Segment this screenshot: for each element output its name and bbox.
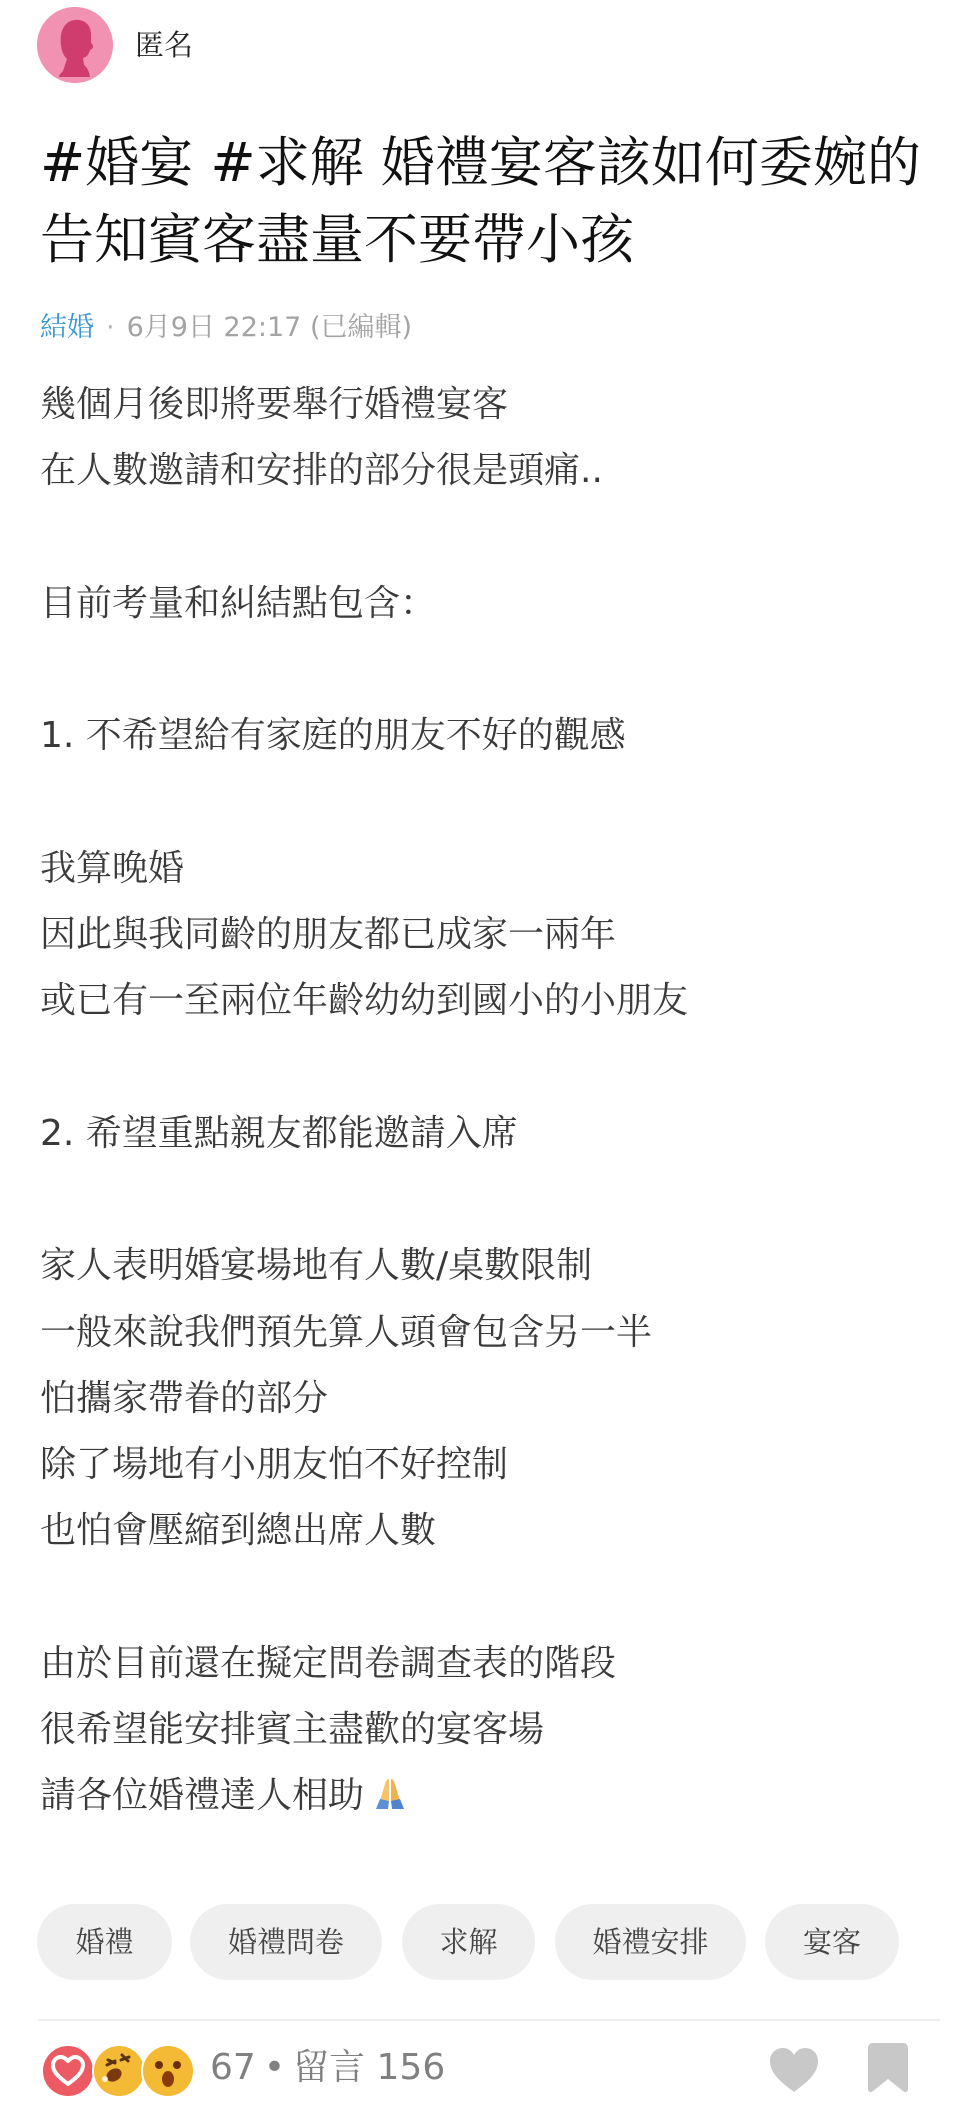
like-button[interactable] [768,2046,820,2094]
tag-chip[interactable]: 婚禮安排 [555,1904,746,1980]
body-line: 由於目前還在擬定問卷調查表的階段 [40,1631,940,1697]
footer-stats: 67•留言 156 [210,2046,445,2090]
footer-divider [38,2019,940,2021]
female-silhouette-icon [37,7,113,83]
meta-separator: · [106,312,115,343]
body-line: 2. 希望重點親友都能邀請入席 [40,1101,940,1167]
body-line-blank [40,770,940,836]
reaction-count[interactable]: 67 [210,2047,256,2088]
body-line: 怕攜家帶眷的部分 [40,1366,940,1432]
post-title-line: 告知賓客盡量不要帶小孩 [40,201,940,278]
tag-chip[interactable]: 婚禮 [37,1904,172,1980]
body-line-blank [40,1167,940,1233]
heart-reaction-icon[interactable] [41,2044,95,2098]
comments-label: 留言 [293,2047,365,2088]
body-line-text: 請各位婚禮達人相助 [40,1775,364,1816]
body-line: 很希望能安排賓主盡歡的宴客場 [40,1697,940,1763]
post-timestamp: 6月9日 22:17 [127,312,302,343]
tag-chip[interactable]: 婚禮問卷 [190,1904,382,1980]
body-line-blank [40,1565,940,1631]
post-title-line: #婚宴 #求解 婚禮宴客該如何委婉的 [40,124,940,201]
laugh-reaction-icon[interactable] [92,2044,146,2098]
edited-label: (已編輯) [310,312,412,343]
folded-hands-icon [372,1767,408,1833]
body-line: 因此與我同齡的朋友都已成家一兩年 [40,902,940,968]
body-line: 除了場地有小朋友怕不好控制 [40,1432,940,1498]
post-title: #婚宴 #求解 婚禮宴客該如何委婉的 告知賓客盡量不要帶小孩 [40,124,940,278]
body-line-blank [40,505,940,571]
heart-icon [768,2046,820,2094]
body-line-last: 請各位婚禮達人相助 [40,1763,940,1829]
post-body: 幾個月後即將要舉行婚禮宴客 在人數邀請和安排的部分很是頭痛.. 目前考量和糾結點… [40,372,940,1830]
body-line: 家人表明婚宴場地有人數/桌數限制 [40,1233,940,1299]
comment-count[interactable]: 156 [377,2047,446,2088]
body-line: 幾個月後即將要舉行婚禮宴客 [40,372,940,438]
bookmark-icon [867,2043,909,2093]
body-line-blank [40,637,940,703]
body-line: 一般來說我們預先算人頭會包含另一半 [40,1300,940,1366]
body-line: 我算晚婚 [40,836,940,902]
stats-dot: • [264,2047,285,2088]
bookmark-button[interactable] [867,2043,909,2093]
body-line: 也怕會壓縮到總出席人數 [40,1498,940,1564]
author-avatar[interactable] [37,7,113,83]
body-line: 在人數邀請和安排的部分很是頭痛.. [40,438,940,504]
body-line-blank [40,1035,940,1101]
board-link[interactable]: 結婚 [40,312,94,343]
body-line: 或已有一至兩位年齡幼幼到國小的小朋友 [40,968,940,1034]
tag-chip[interactable]: 宴客 [765,1904,899,1980]
body-line: 1. 不希望給有家庭的朋友不好的觀感 [40,703,940,769]
surprised-reaction-icon[interactable] [141,2044,195,2098]
author-name[interactable]: 匿名 [135,25,193,65]
post-meta: 結婚·6月9日 22:17 (已編輯) [40,308,412,348]
body-line: 目前考量和糾結點包含： [40,571,940,637]
tag-chip[interactable]: 求解 [402,1904,535,1980]
